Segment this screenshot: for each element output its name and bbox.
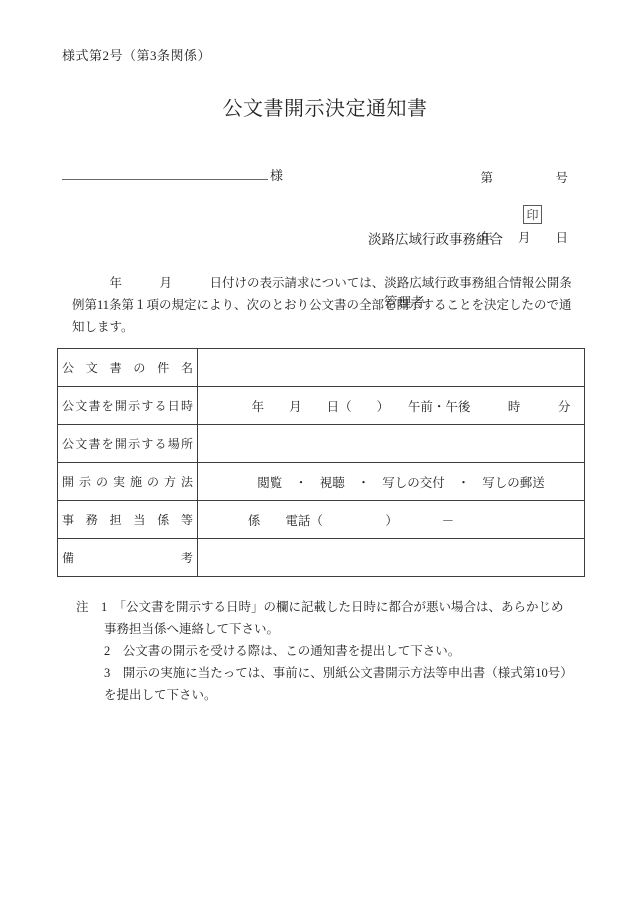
note-line: 3 開示の実施に当たっては、事前に、別紙公文書開示方法等申出書（様式第10号） bbox=[104, 662, 630, 684]
body-paragraph: 年 月 日付けの表示請求については、淡路広域行政事務組合情報公開条 例第11条第… bbox=[72, 272, 572, 338]
seal-character: 印 bbox=[526, 206, 538, 223]
note-line: 2 公文書の開示を受ける際は、この通知書を提出して下さい。 bbox=[104, 640, 630, 662]
row-header-disclosure-method: 開示の実施の方法 bbox=[58, 463, 198, 501]
note-line: 事務担当係へ連絡して下さい。 bbox=[104, 618, 630, 640]
table-row: 備考 bbox=[58, 539, 585, 577]
body-line: 年 月 日付けの表示請求については、淡路広域行政事務組合情報公開条 bbox=[72, 272, 572, 294]
table-row: 開示の実施の方法 閲覧 ・ 視聴 ・ 写しの交付 ・ 写しの郵送 bbox=[58, 463, 585, 501]
table-row: 公文書の件名 bbox=[58, 349, 585, 387]
row-value-disclosure-place bbox=[198, 425, 585, 463]
notes-section: 注 1 「公文書を開示する日時」の欄に記載した日時に都合が悪い場合は、あらかじめ… bbox=[0, 596, 630, 706]
row-header-contact-section: 事務担当係等 bbox=[58, 501, 198, 539]
document-title: 公文書開示決定通知書 bbox=[0, 92, 630, 121]
row-value-disclosure-method: 閲覧 ・ 視聴 ・ 写しの交付 ・ 写しの郵送 bbox=[198, 463, 585, 501]
seal-stamp-box: 印 bbox=[523, 205, 542, 224]
body-line: 知します。 bbox=[72, 316, 572, 338]
issuer-organization: 淡路広域行政事務組合 bbox=[368, 229, 503, 250]
row-header-disclosure-datetime: 公文書を開示する日時 bbox=[58, 387, 198, 425]
document-page: 様式第2号（第3条関係） 公文書開示決定通知書 第 号 年 月 日 様 淡路広域… bbox=[0, 0, 630, 903]
body-line: 例第11条第１項の規定により、次のとおり公文書の全部を開示することを決定したので… bbox=[72, 294, 572, 316]
row-header-remarks: 備考 bbox=[58, 539, 198, 577]
table-row: 事務担当係等 係 電話（ ） － bbox=[58, 501, 585, 539]
row-value-disclosure-datetime: 年 月 日（ ） 午前・午後 時 分 bbox=[198, 387, 585, 425]
row-header-document-name: 公文書の件名 bbox=[58, 349, 198, 387]
row-header-disclosure-place: 公文書を開示する場所 bbox=[58, 425, 198, 463]
addressee-line: 様 bbox=[62, 165, 283, 184]
table-row: 公文書を開示する場所 bbox=[58, 425, 585, 463]
row-value-document-name bbox=[198, 349, 585, 387]
table-row: 公文書を開示する日時 年 月 日（ ） 午前・午後 時 分 bbox=[58, 387, 585, 425]
row-value-remarks bbox=[198, 539, 585, 577]
addressee-blank-underline bbox=[62, 165, 268, 180]
disclosure-table: 公文書の件名 公文書を開示する日時 年 月 日（ ） 午前・午後 時 分 公文書… bbox=[57, 348, 585, 577]
addressee-suffix: 様 bbox=[270, 168, 283, 183]
note-line: を提出して下さい。 bbox=[104, 684, 630, 706]
document-number-line: 第 号 bbox=[480, 168, 568, 188]
note-line: 注 1 「公文書を開示する日時」の欄に記載した日時に都合が悪い場合は、あらかじめ bbox=[76, 596, 630, 618]
row-value-contact-section: 係 電話（ ） － bbox=[198, 501, 585, 539]
form-number: 様式第2号（第3条関係） bbox=[62, 45, 211, 64]
